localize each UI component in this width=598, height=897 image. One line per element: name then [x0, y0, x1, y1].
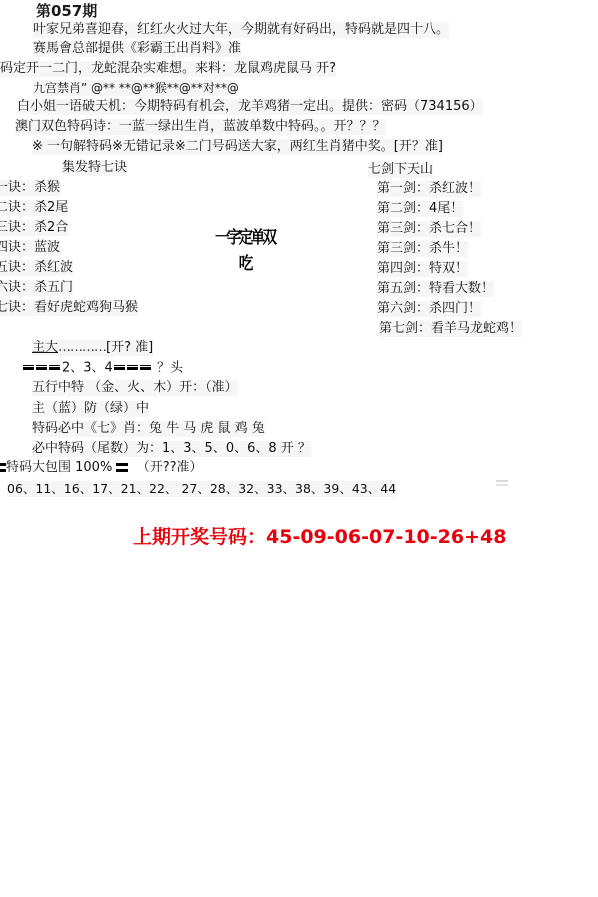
surround-suffix: （开??准） [137, 460, 203, 475]
surround-numbers: 06、11、16、17、21、22、 27、28、32、33、38、39、43、… [7, 481, 396, 497]
sword-item-3: 第三剑：杀七合！ [377, 221, 481, 237]
secret-item-2: 二诀：杀2尾 [0, 200, 68, 216]
intro-line-4: 九宫禁肖” @** **@**猴**@**对**@ [33, 80, 239, 96]
issue-title: 第057期 [36, 2, 97, 20]
secret-item-4: 四诀：蓝波 [0, 240, 60, 256]
last-draw-label: 上期开奖号码： [133, 526, 266, 548]
sword-item-2: 第二剑：4尾！ [377, 201, 463, 217]
surround-line: 特码大包围 100% （开??准） [0, 460, 203, 476]
sword-item-6: 第五剑：特看大数！ [377, 281, 494, 297]
double-bar-right [116, 463, 128, 472]
secret-item-1: 一诀：杀猴 [0, 180, 60, 196]
secret-item-6: 六诀：杀五门 [0, 280, 73, 296]
last-draw-numbers: 45-09-06-07-10-26+48 [266, 526, 506, 548]
sword-item-8: 第七剑：看羊马龙蛇鸡！ [379, 321, 522, 337]
sword-item-4: 第三剑：杀牛！ [377, 241, 468, 257]
tail-numbers-line: 必中特码（尾数）为：1、3、5、0、6、8 开 ？ [32, 441, 311, 457]
intro-line-1: 叶家兄弟喜迎春，红红火火过大年，今期就有好码出，特码就是四十八。 [33, 22, 449, 38]
color-line: 主（蓝）防（绿）中 [32, 401, 149, 417]
intro-line-2: 赛馬會总部提供《彩霸王出肖料》准 [33, 41, 241, 57]
seven-swords-heading: 七剑下天山 [368, 162, 433, 178]
head-suffix: ？头 [157, 361, 183, 376]
intro-line-7: ※ 一句解特码※无错记录※二门号码送大家，两红生肖猪中奖。[开？准] [32, 139, 443, 155]
seven-zodiac-line: 特码必中《七》肖：兔 牛 马 虎 鼠 鸡 兔 [32, 421, 265, 437]
intro-line-5: 白小姐一语破天机：今期特码有机会，龙羊鸡猪一定出。提供：密码（734156） [17, 99, 483, 115]
head-numbers-line: 2、3、4 ？头 [23, 360, 183, 377]
smudge-mark [496, 480, 508, 486]
sword-item-7: 第六剑：杀四门！ [377, 301, 481, 317]
intro-line-6: 澳门双色特码诗：一蓝一绿出生肖，蓝波单数中特码。。开？？？ [15, 119, 386, 135]
secret-item-3: 三诀：杀2合 [0, 220, 68, 236]
bar-decoration-left [23, 360, 62, 376]
sword-item-1: 第一剑：杀红波！ [377, 181, 481, 197]
main-big-suffix: [开? 准] [106, 340, 153, 355]
five-elements-line: 五行中特 （金、火、木）开：（准） [32, 380, 238, 396]
main-big-dots: ………… [58, 340, 106, 355]
center-slogan: 一字定单双 吃 [215, 225, 275, 277]
secret-item-7: 七诀：看好虎蛇鸡狗马猴 [0, 300, 138, 316]
intro-line-3: 码定开一二门，龙蛇混杂实难想。来料：龙鼠鸡虎鼠马 开? [0, 61, 336, 77]
secret-item-5: 五诀：杀红波 [0, 260, 73, 276]
bar-decoration-right [114, 360, 153, 376]
surround-label: 特码大包围 100% [6, 460, 112, 475]
center-slogan-line-2: 吃 [215, 251, 275, 277]
sword-item-5: 第四剑：特双！ [377, 261, 468, 277]
head-numbers: 2、3、4 [62, 361, 113, 376]
seven-secrets-heading: 集发特七诀 [62, 160, 127, 176]
main-big-label: 主大 [32, 340, 58, 355]
last-draw-result: 上期开奖号码：45-09-06-07-10-26+48 [133, 525, 506, 549]
center-slogan-line-1: 一字定单双 [215, 225, 275, 251]
main-big-line: 主大…………[开? 准] [32, 340, 153, 356]
